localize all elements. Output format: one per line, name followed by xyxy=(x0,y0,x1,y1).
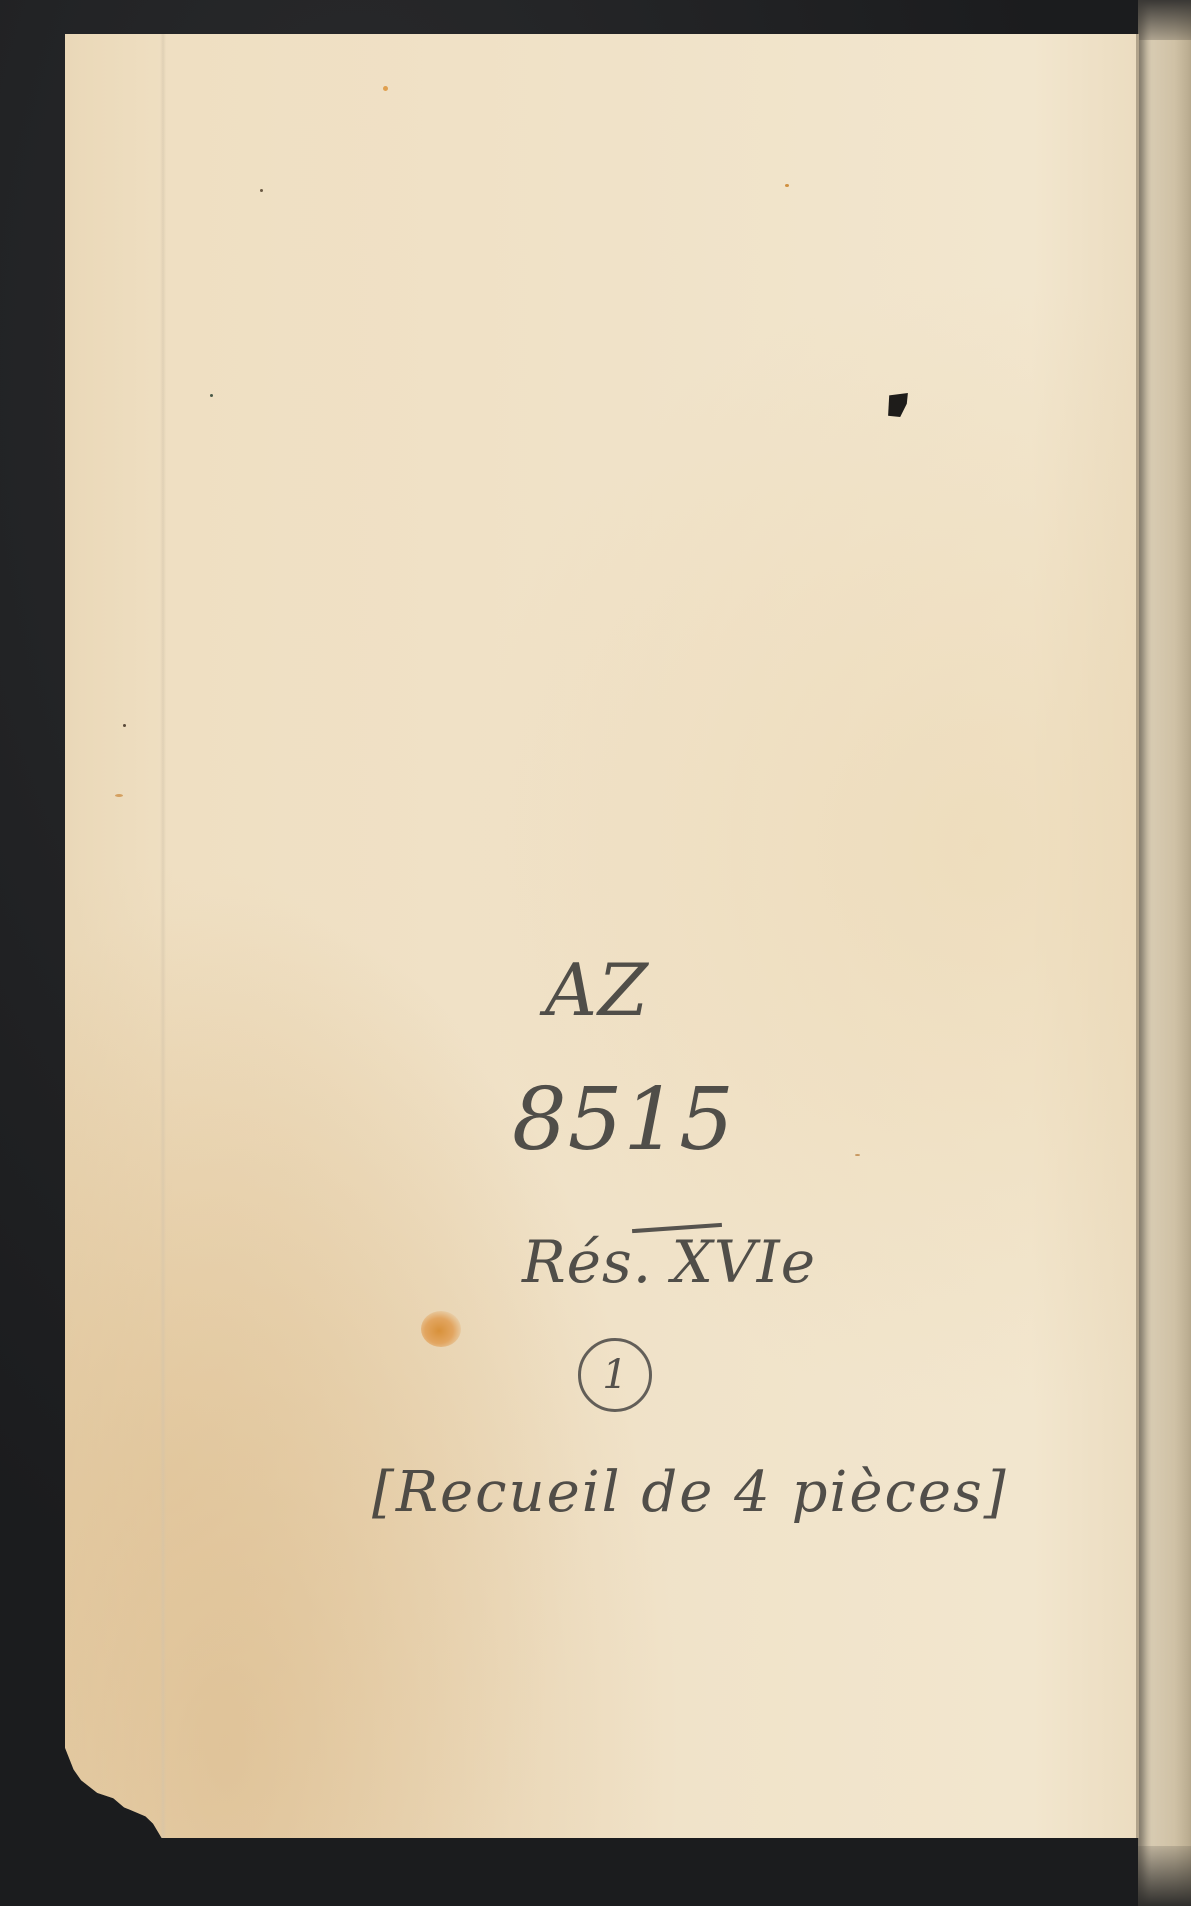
item-number-circle: 1 xyxy=(578,1338,652,1412)
paper-speck xyxy=(210,394,213,397)
paper-speck xyxy=(260,189,263,192)
reserve-mark-annotation: Rés. XVIe xyxy=(522,1228,816,1296)
adjacent-page-top-shadow xyxy=(1138,0,1191,40)
shelf-number-annotation: 8515 xyxy=(512,1070,735,1170)
item-number-annotation: 1 xyxy=(602,1352,627,1398)
paper-fold-line xyxy=(160,34,166,1838)
paper-speck xyxy=(785,184,789,187)
paper-speck xyxy=(855,1154,860,1156)
paper-right-edge xyxy=(1136,34,1139,1838)
adjacent-page-edge xyxy=(1138,0,1191,1906)
scanned-page: AZ 8515 Rés. XVIe 1 [Recueil de 4 pièces… xyxy=(0,0,1191,1906)
adjacent-page-bottom-shadow xyxy=(1138,1846,1191,1906)
paper-speck xyxy=(115,794,123,797)
paper-speck xyxy=(123,724,126,727)
collection-note-annotation: [Recueil de 4 pièces] xyxy=(372,1460,1008,1525)
paper-speck xyxy=(383,86,388,91)
paper-leaf xyxy=(65,34,1139,1838)
collection-code-annotation: AZ xyxy=(545,948,649,1032)
foxing-stain xyxy=(421,1311,461,1347)
